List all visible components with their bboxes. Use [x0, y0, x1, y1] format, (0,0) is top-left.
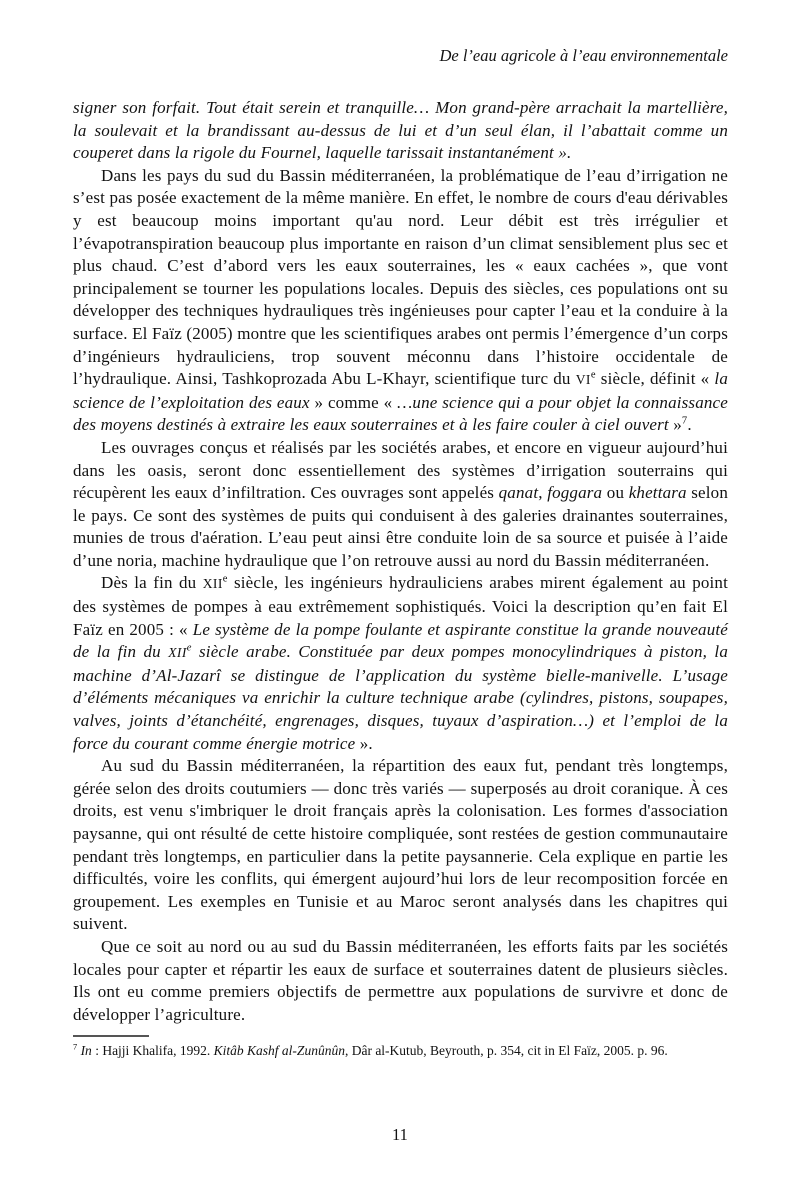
text-run: ou	[602, 483, 628, 502]
text-run: foggara	[547, 483, 602, 502]
paragraph: Au sud du Bassin méditerranéen, la répar…	[73, 755, 728, 936]
footnote-block: 7 In : Hajji Khalifa, 1992. Kitâb Kashf …	[73, 1035, 728, 1060]
text-run: »	[669, 415, 682, 434]
footnote-separator-rule	[73, 1035, 149, 1037]
paragraph: Que ce soit au nord ou au sud du Bassin …	[73, 936, 728, 1026]
paragraph: Dans les pays du sud du Bassin méditerra…	[73, 165, 728, 437]
text-run: Au sud du Bassin méditerranéen, la répar…	[73, 756, 728, 933]
page-number: 11	[0, 1125, 800, 1145]
paragraph: Dès la fin du XIIe siècle, les ingénieur…	[73, 572, 728, 755]
text-run: , Dâr al-Kutub, Beyrouth, p. 354, cit in…	[345, 1043, 668, 1058]
text-run: ».	[355, 734, 373, 753]
paragraph: Les ouvrages conçus et réalisés par les …	[73, 437, 728, 573]
text-run: XII	[203, 576, 223, 591]
text-run: XII	[168, 645, 187, 660]
text-run: signer son forfait. Tout était serein et…	[73, 98, 728, 162]
footnote: 7 In : Hajji Khalifa, 1992. Kitâb Kashf …	[73, 1042, 728, 1060]
text-run: : Hajji Khalifa, 1992.	[92, 1043, 214, 1058]
book-page: De l’eau agricole à l’eau environnementa…	[0, 0, 800, 1200]
text-run: siècle, définit «	[596, 369, 715, 388]
text-run: ,	[538, 483, 547, 502]
text-run: Dans les pays du sud du Bassin méditerra…	[73, 166, 728, 388]
running-header: De l’eau agricole à l’eau environnementa…	[73, 46, 728, 66]
body-paragraphs: signer son forfait. Tout était serein et…	[73, 97, 728, 1026]
paragraph: signer son forfait. Tout était serein et…	[73, 97, 728, 165]
text-run: In	[81, 1043, 92, 1058]
text-run: Dès la fin du	[101, 573, 203, 592]
text-run: Kitâb Kashf al-Zunûnûn	[214, 1043, 345, 1058]
text-run: VI	[576, 372, 591, 387]
text-run: khettara	[629, 483, 687, 502]
text-run: Que ce soit au nord ou au sud du Bassin …	[73, 937, 728, 1024]
text-run: qanat	[499, 483, 539, 502]
text-run: » comme «	[310, 393, 397, 412]
text-run: .	[687, 415, 691, 434]
